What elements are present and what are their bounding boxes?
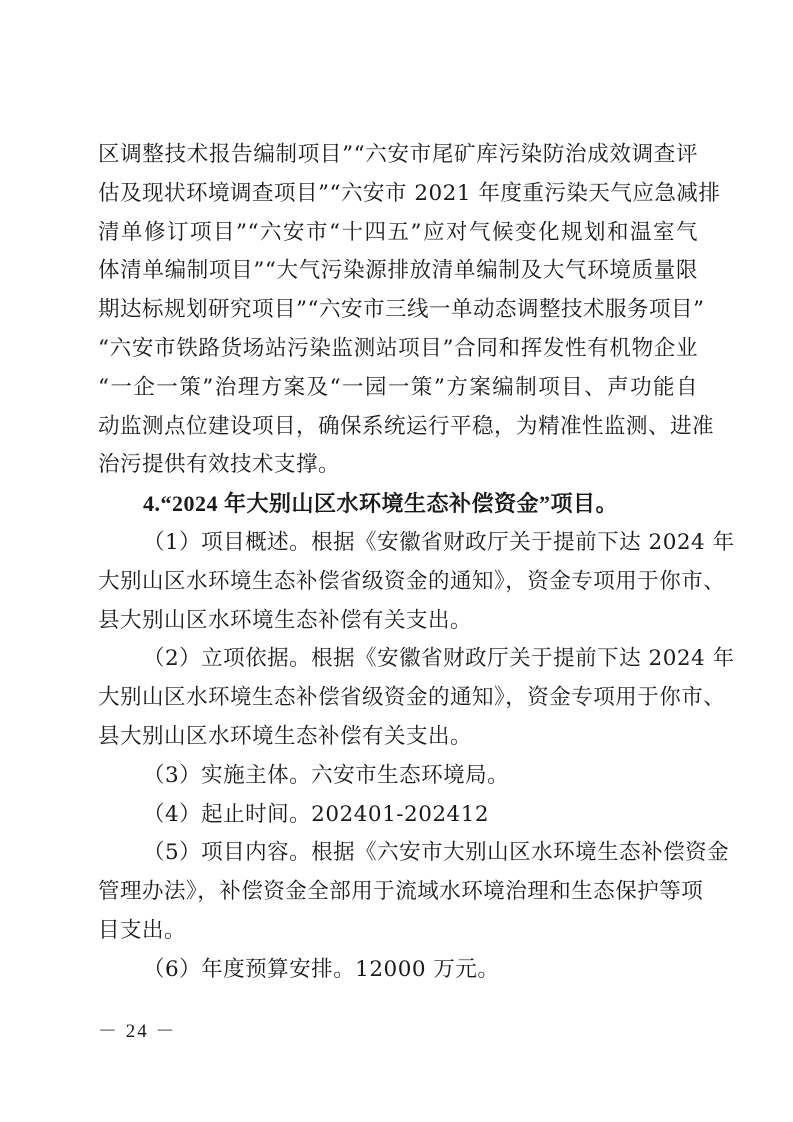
text-line: （1）项目概述。根据《安徽省财政厅关于提前下达 2024 年 [98, 524, 698, 563]
page-number: － 24 － [98, 1016, 177, 1043]
text-line: 管理办法》，补偿资金全部用于流域水环境治理和生态保护等项 [98, 873, 698, 912]
text-line: 动监测点位建设项目，确保系统运行平稳，为精准性监测、进准 [98, 408, 698, 447]
text-line: “一企一策”治理方案及“一园一策”方案编制项目、声功能自 [98, 369, 698, 408]
text-line: （2）立项依据。根据《安徽省财政厅关于提前下达 2024 年 [98, 640, 698, 679]
text-line: （5）项目内容。根据《六安市大别山区水环境生态补偿资金 [98, 834, 698, 873]
text-line: 清单修订项目”“六安市“十四五”应对气候变化规划和温室气 [98, 214, 698, 253]
text-line: （3）实施主体。六安市生态环境局。 [98, 757, 698, 796]
text-line: 期达标规划研究项目”“六安市三线一单动态调整技术服务项目” [98, 291, 698, 330]
text-line: 大别山区水环境生态补偿省级资金的通知》，资金专项用于你市、 [98, 679, 698, 718]
text-line: 县大别山区水环境生态补偿有关支出。 [98, 718, 698, 757]
section-heading: 4.“2024 年大别山区水环境生态补偿资金”项目。 [98, 485, 698, 524]
text-line: 县大别山区水环境生态补偿有关支出。 [98, 602, 698, 641]
document-body: 区调整技术报告编制项目”“六安市尾矿库污染防治成效调查评估及现状环境调查项目”“… [98, 136, 698, 990]
text-line: （6）年度预算安排。12000 万元。 [98, 951, 698, 990]
text-line: “六安市铁路货场站污染监测站项目”合同和挥发性有机物企业 [98, 330, 698, 369]
text-line: 区调整技术报告编制项目”“六安市尾矿库污染防治成效调查评 [98, 136, 698, 175]
text-line: 体清单编制项目”“大气污染源排放清单编制及大气环境质量限 [98, 252, 698, 291]
text-line: 治污提供有效技术支撑。 [98, 446, 698, 485]
text-line: 目支出。 [98, 912, 698, 951]
text-line: 大别山区水环境生态补偿省级资金的通知》，资金专项用于你市、 [98, 563, 698, 602]
text-line: 估及现状环境调查项目”“六安市 2021 年度重污染天气应急减排 [98, 175, 698, 214]
text-line: （4）起止时间。202401-202412 [98, 796, 698, 835]
